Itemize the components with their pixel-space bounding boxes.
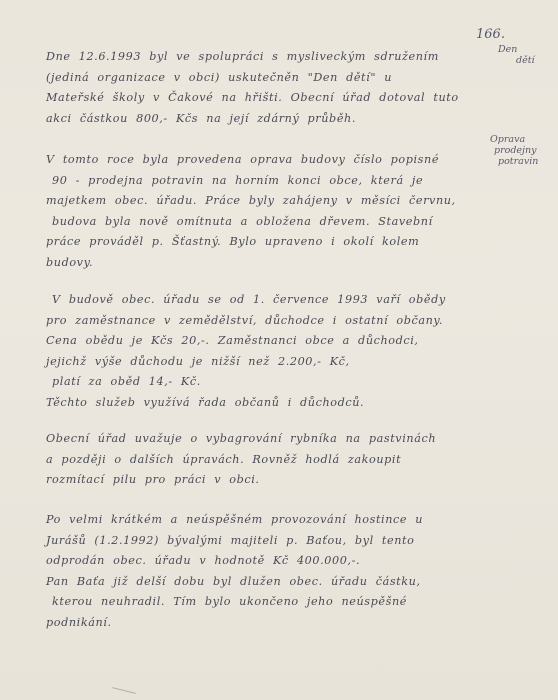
text-line: Dne 12.6.1993 byl ve spolupráci s mysliv…	[46, 47, 476, 68]
paragraph-hostinec: Po velmi krátkém a neúspěšném provozován…	[46, 510, 476, 633]
text-line: Jurášů (1.2.1992) bývalými majiteli p. B…	[46, 531, 476, 552]
text-line: rozmítací pilu pro práci v obci.	[46, 470, 476, 491]
margin-note-line: prodejny	[494, 145, 538, 156]
text-line: (jediná organizace v obci) uskutečněn "D…	[46, 68, 476, 89]
margin-note-line: Den	[498, 44, 535, 55]
text-line: 90 - prodejna potravin na horním konci o…	[46, 171, 476, 192]
text-line: pro zaměstnance v zemědělství, důchodce …	[46, 311, 476, 332]
text-line: majetkem obec. úřadu. Práce byly zahájen…	[46, 191, 476, 212]
text-line: V tomto roce byla provedena oprava budov…	[46, 150, 476, 171]
text-line: Těchto služeb využívá řada občanů i důch…	[46, 393, 476, 414]
page-number: 166.	[476, 27, 505, 42]
text-line: práce prováděl p. Šťastný. Bylo upraveno…	[46, 232, 476, 253]
margin-note-line: dětí	[516, 55, 535, 66]
text-line: platí za oběd 14,- Kč.	[46, 372, 476, 393]
text-line: podnikání.	[46, 613, 476, 634]
text-line: budova byla nově omítnuta a obložena dře…	[46, 212, 476, 233]
paragraph-oprava-budovy: V tomto roce byla provedena oprava budov…	[46, 150, 476, 273]
text-line: Obecní úřad uvažuje o vybagrování rybník…	[46, 429, 476, 450]
text-line: a později o dalších úpravách. Rovněž hod…	[46, 450, 476, 471]
text-line: Mateřské školy v Čakové na hřišti. Obecn…	[46, 88, 476, 109]
margin-note-line: potravin	[498, 156, 538, 167]
text-line: budovy.	[46, 253, 476, 274]
margin-note-den-deti: Den dětí	[498, 44, 535, 66]
margin-note-oprava-prodejny: Oprava prodejny potravin	[490, 134, 538, 167]
text-line: Po velmi krátkém a neúspěšném provozován…	[46, 510, 476, 531]
text-line: V budově obec. úřadu se od 1. července 1…	[46, 290, 476, 311]
paragraph-den-deti: Dne 12.6.1993 byl ve spolupráci s mysliv…	[46, 47, 476, 129]
text-line: akci částkou 800,- Kčs na její zdárný pr…	[46, 109, 476, 130]
paragraph-obedy: V budově obec. úřadu se od 1. července 1…	[46, 290, 476, 413]
chronicle-page: 166. Den dětí Oprava prodejny potravin D…	[0, 0, 558, 700]
text-line: Cena obědu je Kčs 20,-. Zaměstnanci obce…	[46, 331, 476, 352]
margin-note-line: Oprava	[490, 134, 538, 145]
text-line: odprodán obec. úřadu v hodnotě Kč 400.00…	[46, 551, 476, 572]
pencil-mark	[112, 687, 136, 694]
text-line: kterou neuhradil. Tím bylo ukončeno jeho…	[46, 592, 476, 613]
text-line: Pan Baťa již delší dobu byl dlužen obec.…	[46, 572, 476, 593]
paragraph-rybnik: Obecní úřad uvažuje o vybagrování rybník…	[46, 429, 476, 491]
text-line: jejichž výše důchodu je nižší než 2.200,…	[46, 352, 476, 373]
